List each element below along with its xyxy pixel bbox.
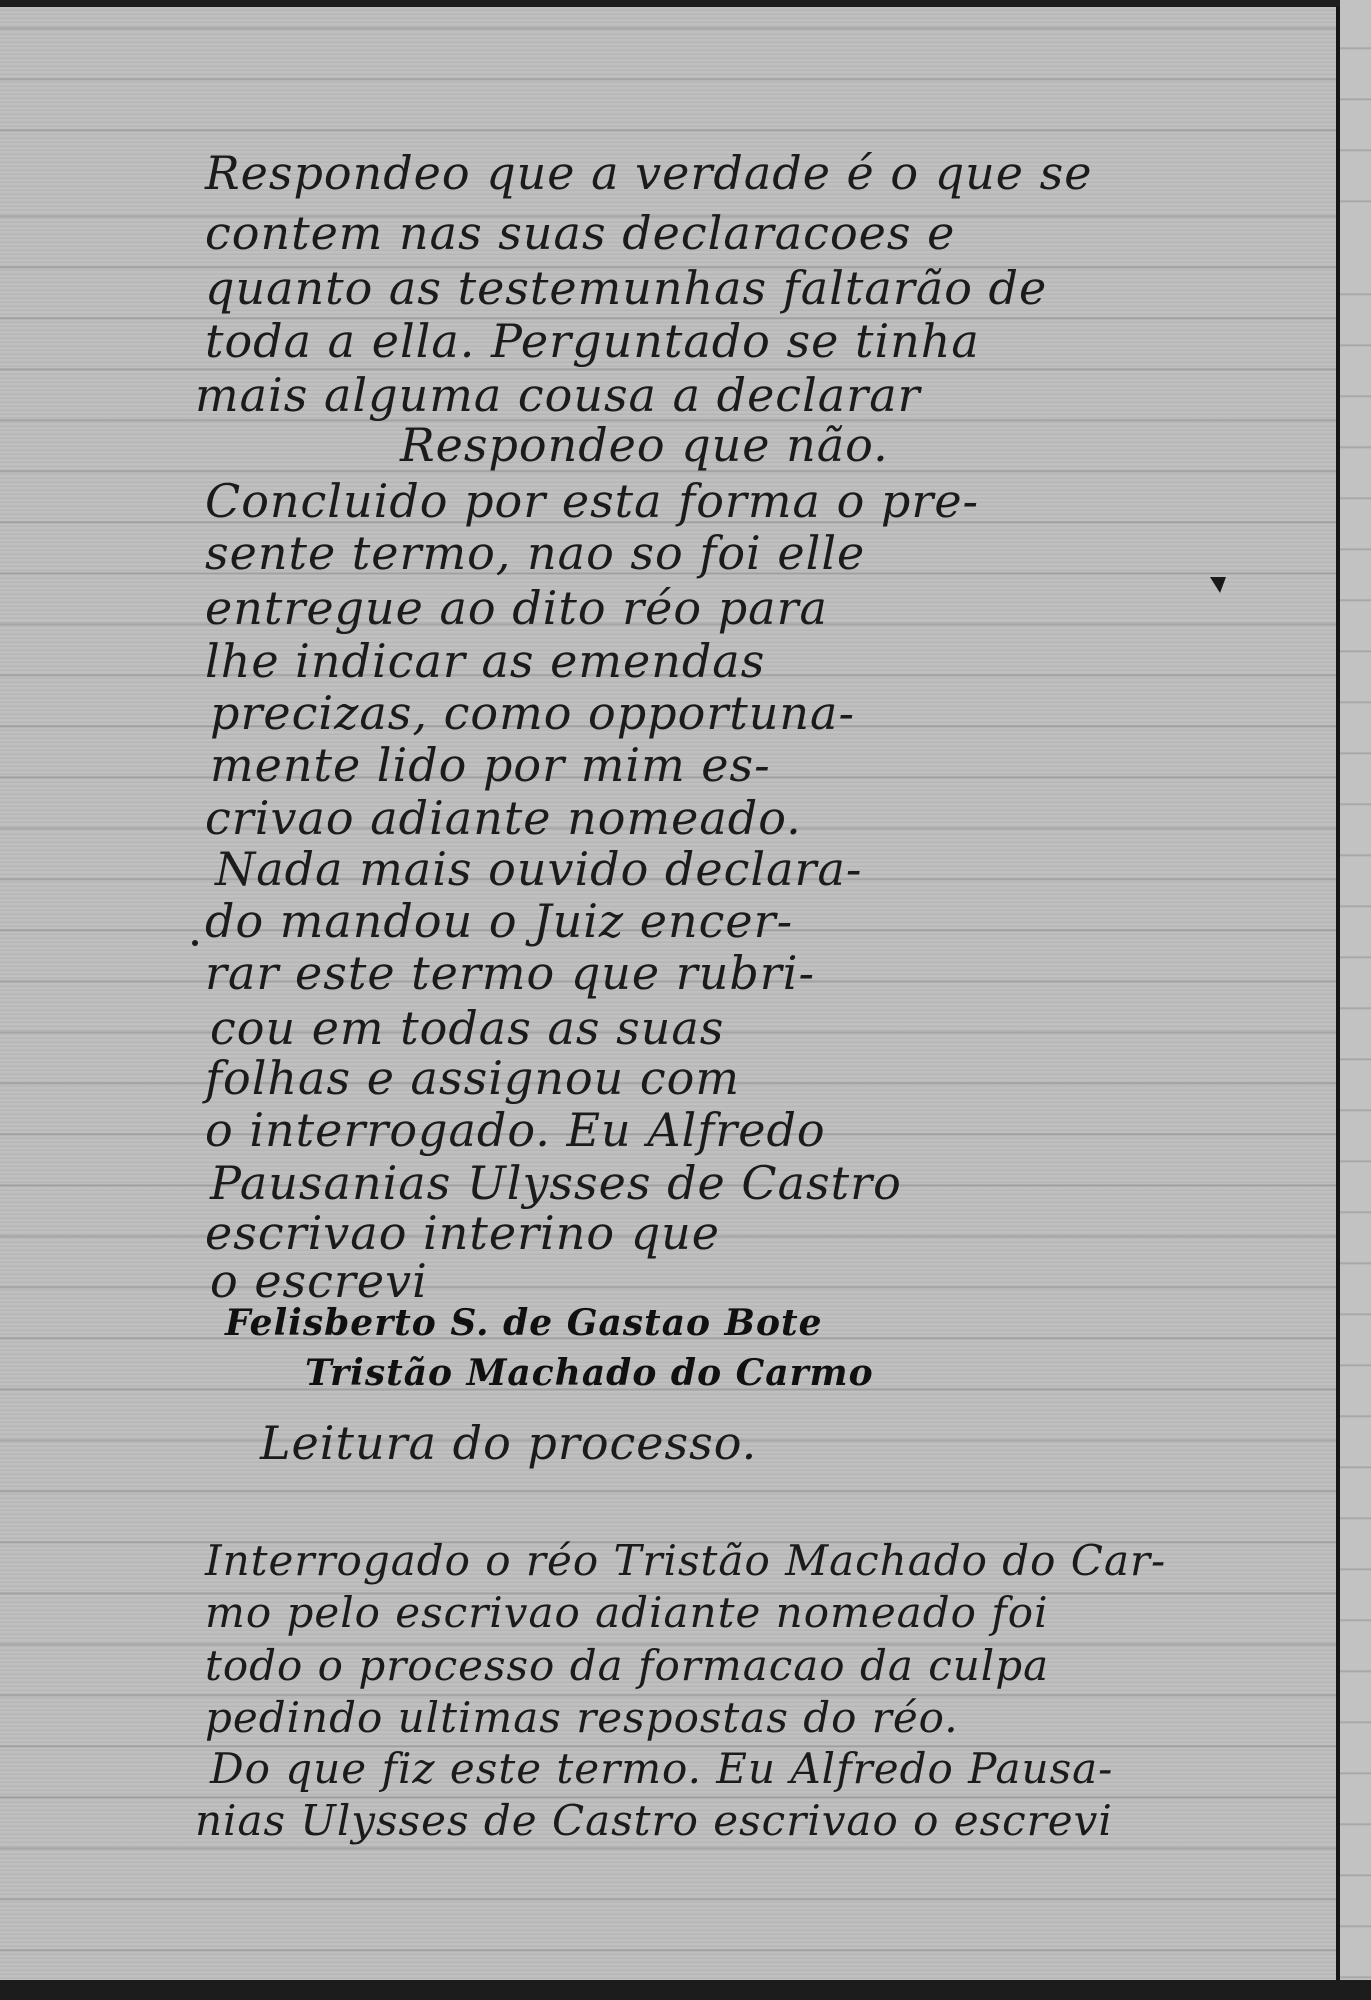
text-line: entregue ao dito réo para [205, 585, 828, 631]
text-line: folhas e assignou com [205, 1055, 740, 1101]
text-line: contem nas suas declaracoes e [205, 210, 955, 256]
text-line: nias Ulysses de Castro escrivao o escrev… [195, 1800, 1113, 1842]
text-line: precizas, como opportuna- [210, 690, 855, 736]
text-line: sente termo, nao so foi elle [205, 530, 865, 576]
text-line: toda a ella. Perguntado se tinha [205, 318, 980, 364]
text-line: mais alguma cousa a declarar [195, 372, 921, 418]
text-line: rar este termo que rubri- [205, 950, 815, 996]
text-line: mo pelo escrivao adiante nomeado foi [205, 1592, 1049, 1634]
text-line: cou em todas as suas [210, 1005, 724, 1051]
signature-tristao: Tristão Machado do Carmo [305, 1355, 874, 1391]
text-line: Respondeo que a verdade é o que se [205, 150, 1092, 196]
text-line: lhe indicar as emendas [205, 638, 765, 684]
text-line: mente lido por mim es- [210, 742, 771, 788]
text-line: crivao adiante nomeado. [205, 795, 802, 841]
text-line: o interrogado. Eu Alfredo [205, 1107, 826, 1153]
text-line: Concluido por esta forma o pre- [205, 478, 979, 524]
ink-dot-mark [192, 940, 198, 946]
text-line: o escrevi [210, 1258, 428, 1304]
text-line: Respondeo que não. [400, 422, 889, 468]
text-line: do mandou o Juiz encer- [205, 898, 793, 944]
signature-felisberto: Felisberto S. de Gastao Bote [225, 1305, 823, 1341]
adjacent-page-strip [1340, 0, 1371, 1980]
section-heading: Leitura do processo. [260, 1420, 757, 1466]
text-line: quanto as testemunhas faltarão de [205, 265, 1047, 311]
text-line: Pausanias Ulysses de Castro [210, 1160, 902, 1206]
ink-blot-mark [1210, 577, 1226, 593]
text-line: pedindo ultimas respostas do réo. [205, 1697, 959, 1739]
text-line: Interrogado o réo Tristão Machado do Car… [205, 1540, 1166, 1582]
scan-bottom-border [0, 1980, 1371, 2000]
text-line: escrivao interino que [205, 1210, 720, 1256]
text-line: todo o processo da formacao da culpa [205, 1645, 1049, 1687]
text-line: Do que fiz este termo. Eu Alfredo Pausa- [210, 1748, 1113, 1790]
text-line: Nada mais ouvido declara- [215, 846, 862, 892]
